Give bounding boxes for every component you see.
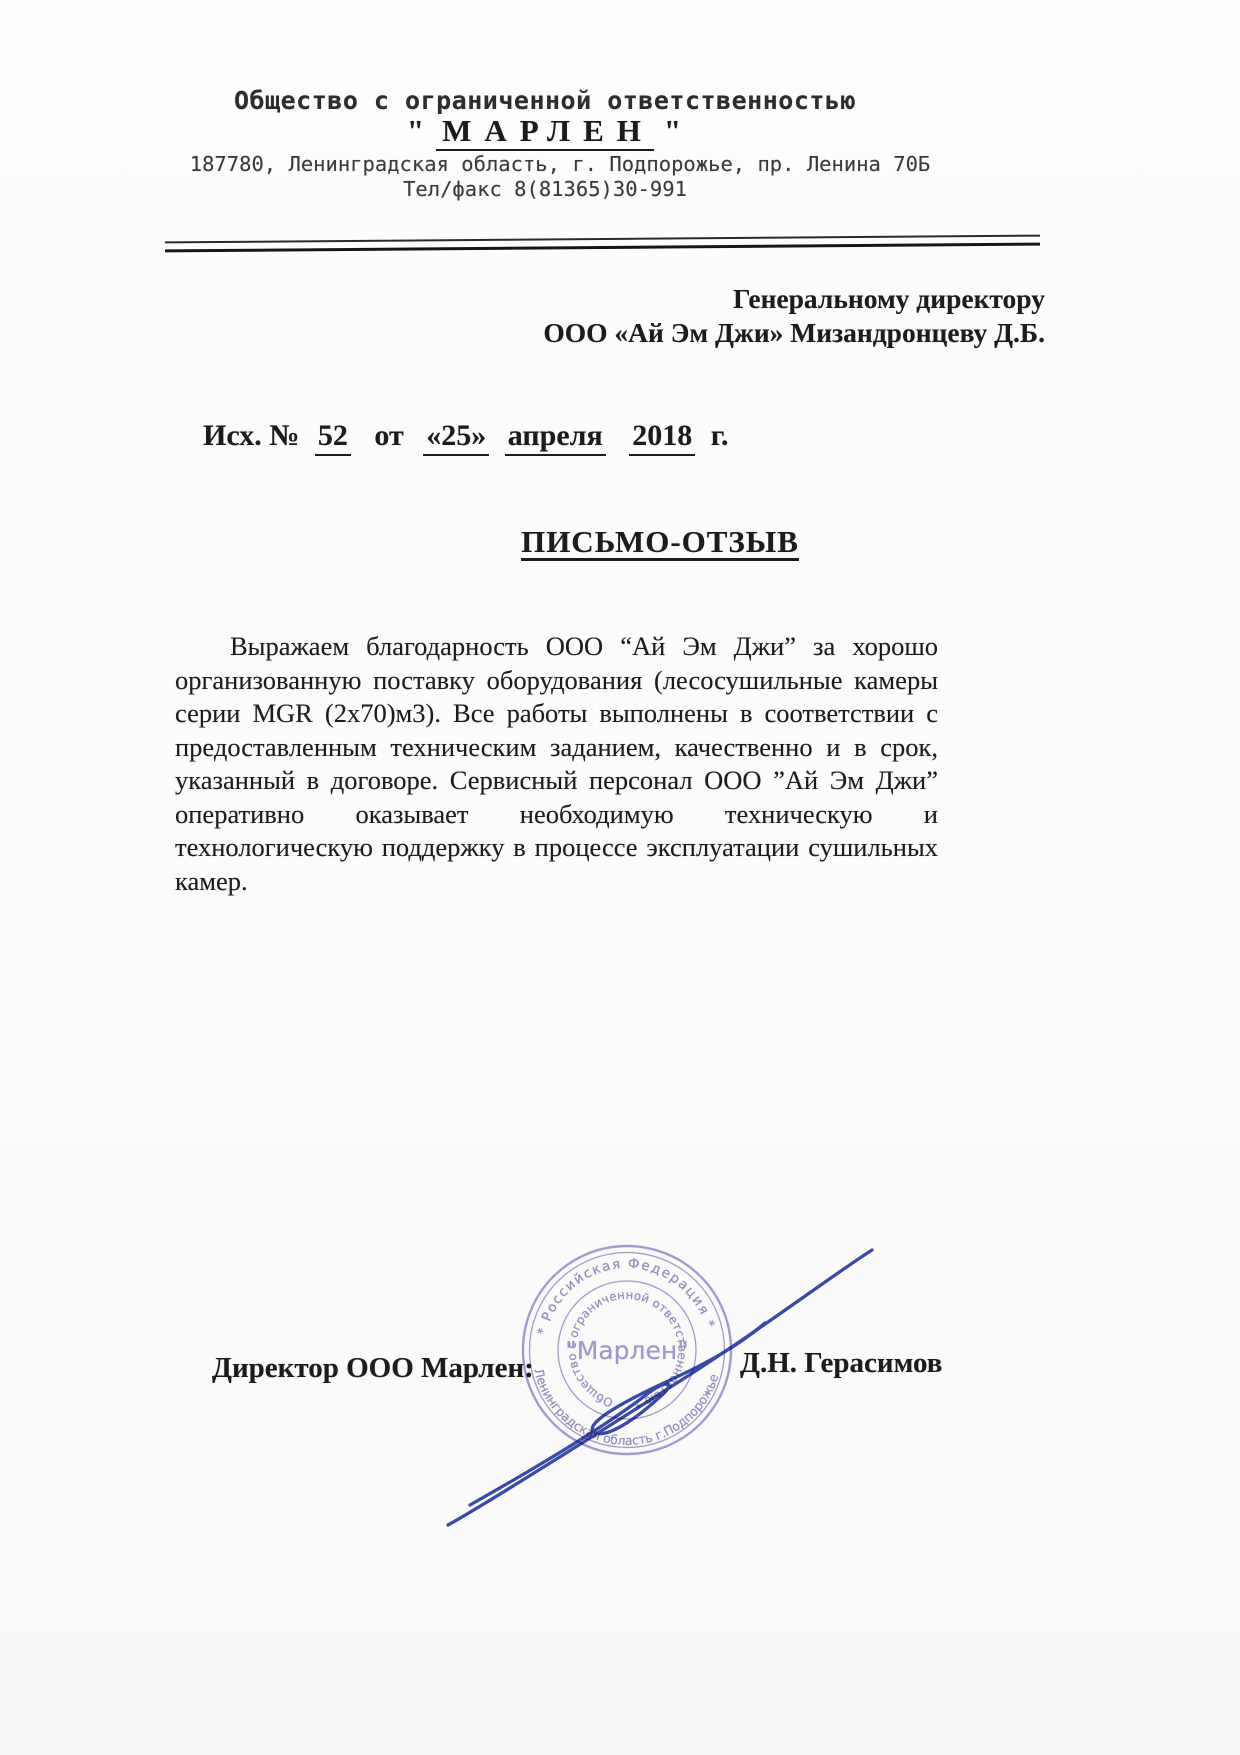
outgoing-number: 52 [315,419,351,456]
outgoing-month: апреля [505,419,606,456]
outgoing-label: Исх. № [203,419,299,453]
addressee-role: Генеральному директору [543,282,1045,316]
letter-title: ПИСЬМО-ОТЗЫВ [160,524,1160,560]
company-open-quote: " [407,113,426,148]
header-divider-thick-line [165,243,1040,253]
header-divider-thin-line [165,235,1040,244]
handwritten-signature [420,1225,890,1545]
addressee-block: Генеральному директору ООО «Ай Эм Джи» М… [543,282,1045,350]
outgoing-day: «25» [423,419,489,456]
company-phone: Тел/факс 8(81365)30-991 [25,177,1065,201]
letter-page: Общество с ограниченной ответственностью… [0,0,1240,1755]
company-name-line: "МАРЛЕН" [25,113,1065,149]
company-close-quote: " [664,113,683,148]
outgoing-from-word: от [374,419,403,453]
company-address: 187780, Ленинградская область, г. Подпор… [40,152,1080,176]
outgoing-ref-line: Исх. № 52 от «25» апреля 2018 г. [203,419,728,456]
outgoing-year-suffix: г. [711,419,729,453]
outgoing-year: 2018 [629,419,695,456]
addressee-company-person: ООО «Ай Эм Джи» Мизандронцеву Д.Б. [543,316,1045,350]
body-paragraph: Выражаем благодарность ООО “Ай Эм Джи” з… [175,630,938,898]
company-name: МАРЛЕН [436,113,654,151]
header-divider [165,235,1040,253]
signature-loop-stroke [470,1323,765,1505]
org-type-line: Общество с ограниченной ответственностью [25,86,1065,115]
